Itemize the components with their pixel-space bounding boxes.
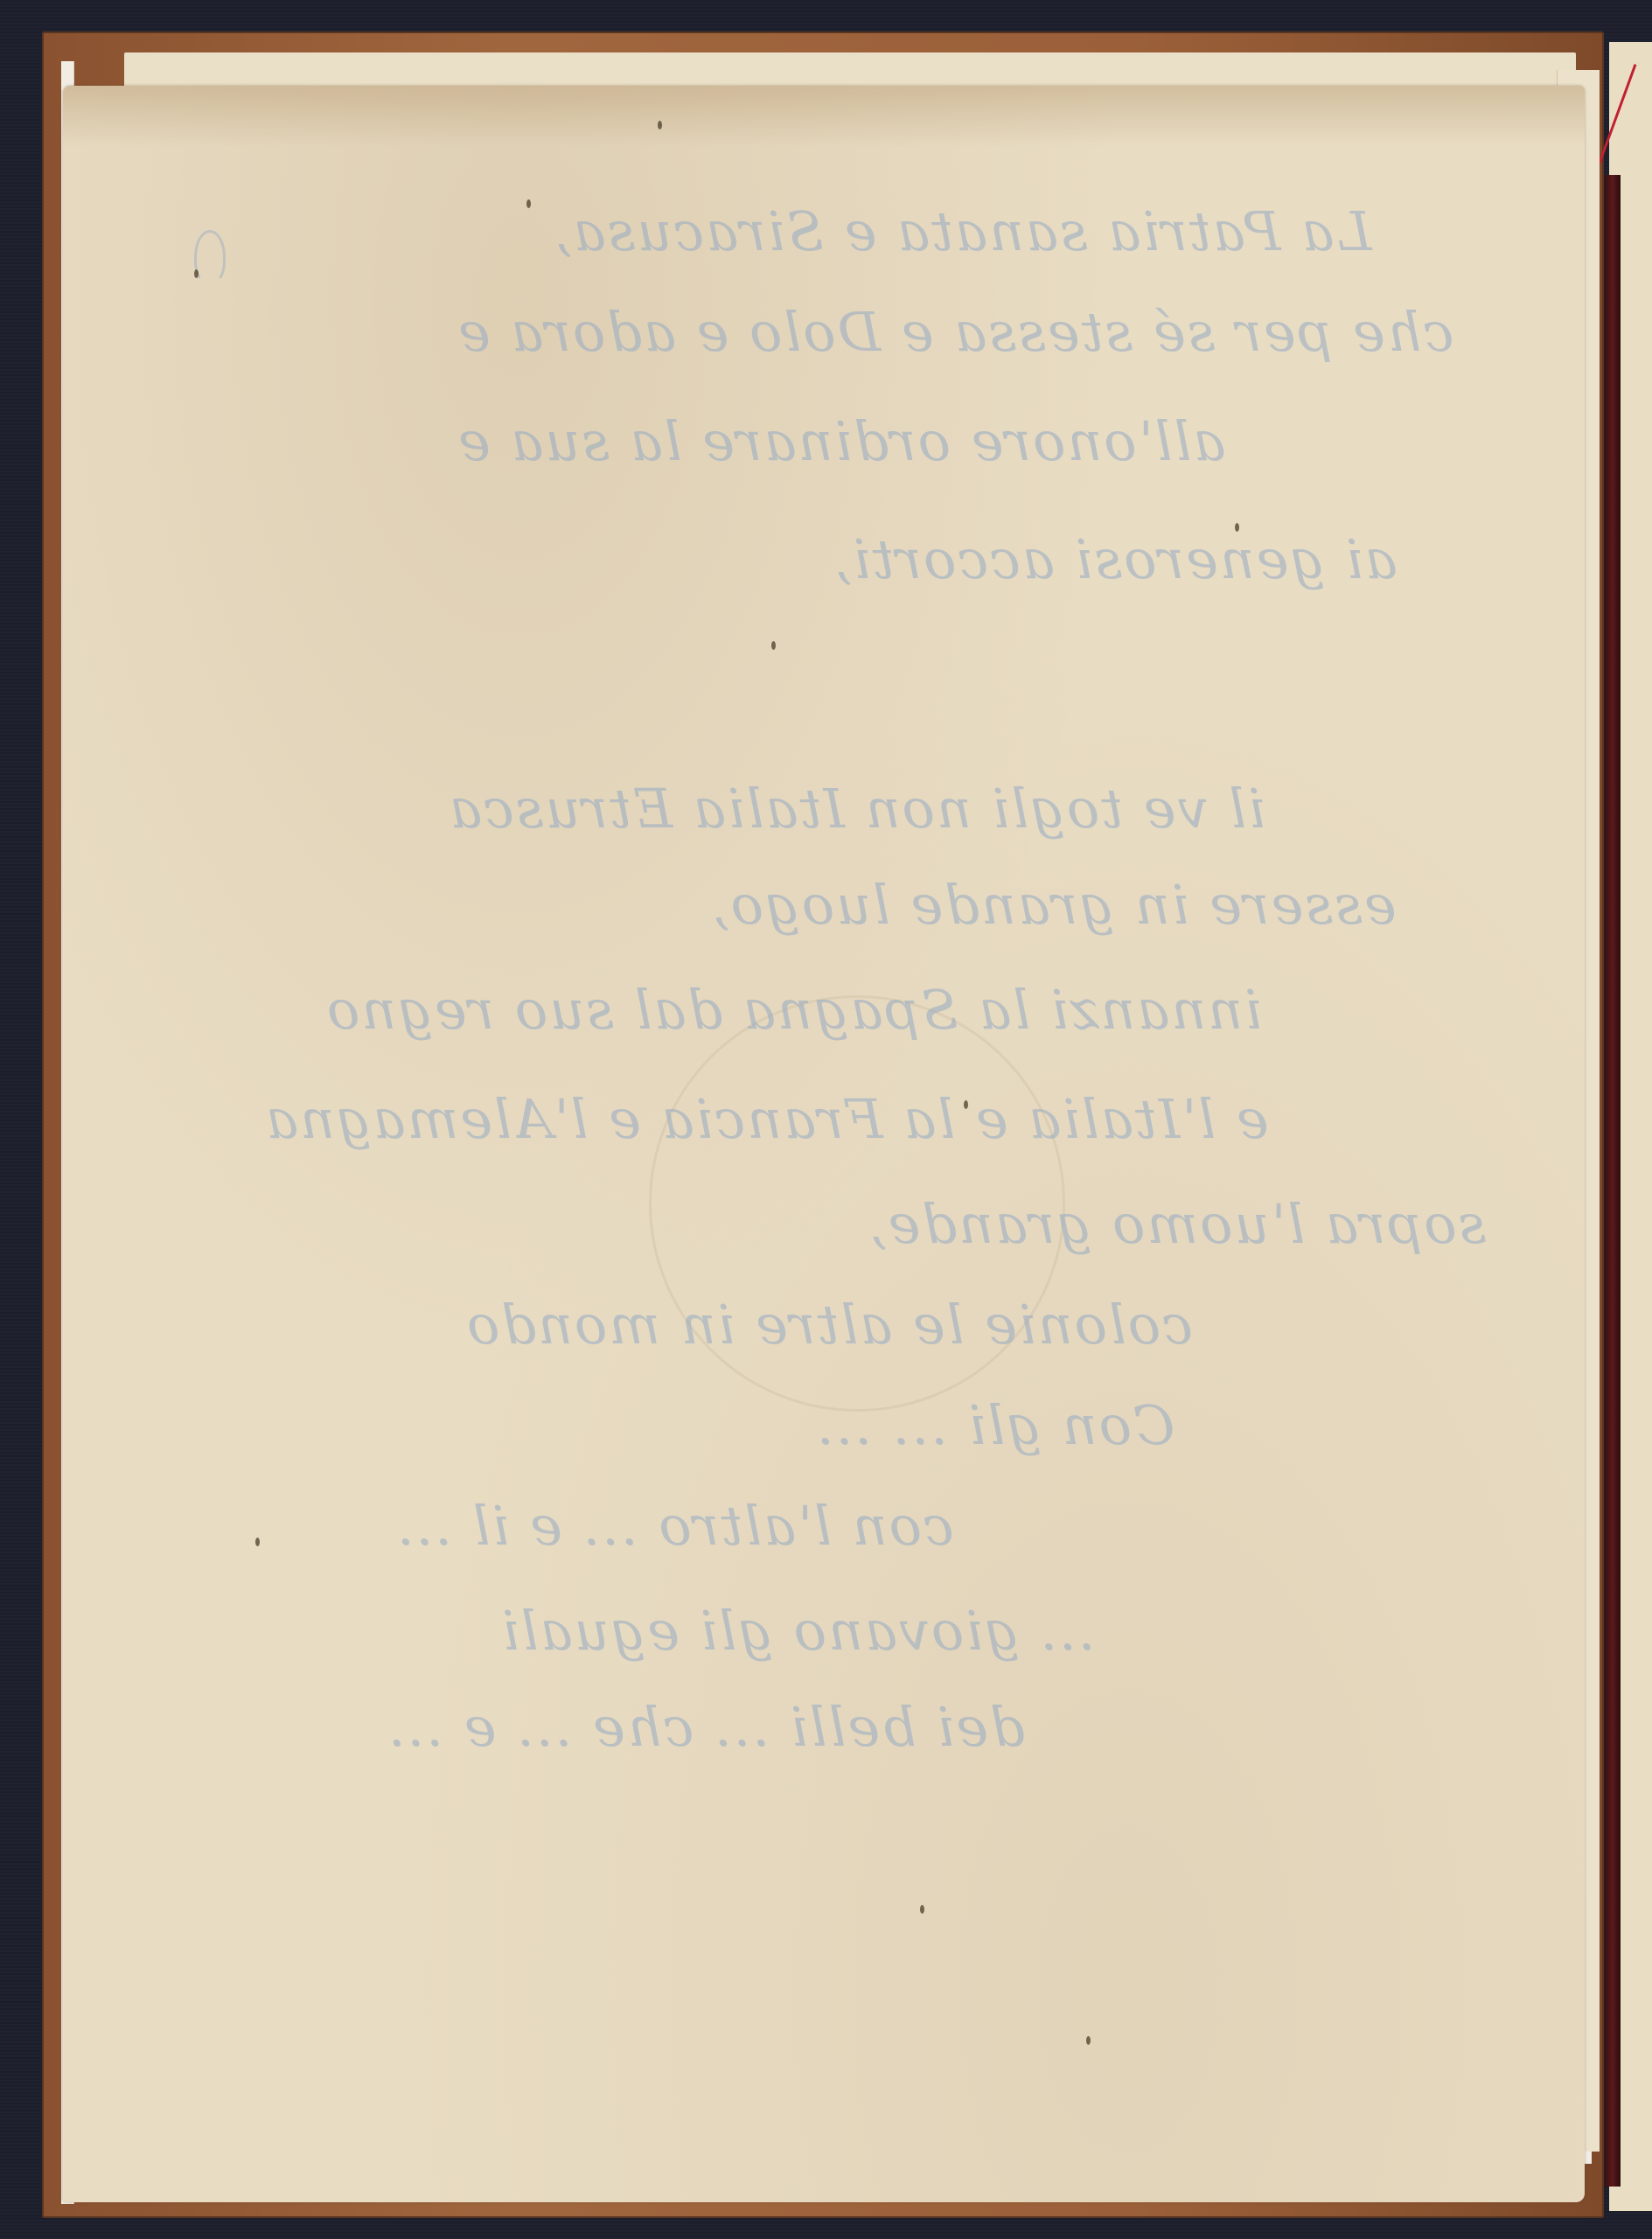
bleed-through-line: dei belli ... che ... e ... — [387, 1695, 1025, 1759]
paper-speck — [658, 121, 662, 129]
corner-ink-mark-icon — [194, 230, 226, 283]
paper-speck — [771, 641, 776, 650]
bleed-through-line: all'onore ordinare la sua e — [457, 409, 1225, 473]
book-spine-gutter — [1605, 175, 1621, 2187]
paper-speck — [1086, 2036, 1091, 2045]
bleed-through-line: ... giovano gli eguali — [500, 1599, 1096, 1663]
paper-speck — [255, 1538, 260, 1546]
bleed-through-line: La Patria sanata e Siracusa, — [553, 199, 1372, 263]
paper-speck — [964, 1100, 968, 1109]
paper-speck — [1235, 523, 1239, 532]
paper-speck — [526, 199, 531, 208]
bleed-through-line: essere in grande luogo, — [710, 873, 1397, 937]
bleed-through-line: che per sé stessa e Dolo e adora e — [457, 300, 1453, 364]
bleed-through-line: il ve togli non Italia Etrusca — [448, 777, 1265, 840]
bleed-through-line: ai generosi accorti, — [833, 527, 1398, 591]
manuscript-page: La Patria sanata e Siracusa, che per sé … — [63, 86, 1585, 2202]
bleed-through-line: innanzi la Spagna dal suo regno — [325, 978, 1262, 1042]
bleed-through-line: Con gli ... ... — [815, 1393, 1175, 1457]
bleed-through-line: e l'Italia e la Francia e l'Alemagna — [264, 1087, 1269, 1151]
bleed-through-line: colonie le altre in mondo — [465, 1293, 1193, 1357]
paper-speck — [194, 269, 199, 278]
paper-speck — [920, 1905, 924, 1914]
bleed-through-line: sopra l'uomo grande, — [868, 1192, 1486, 1256]
bleed-through-line: con l'altro ... e il ... — [395, 1494, 954, 1558]
page-edge-stain — [63, 86, 1585, 147]
